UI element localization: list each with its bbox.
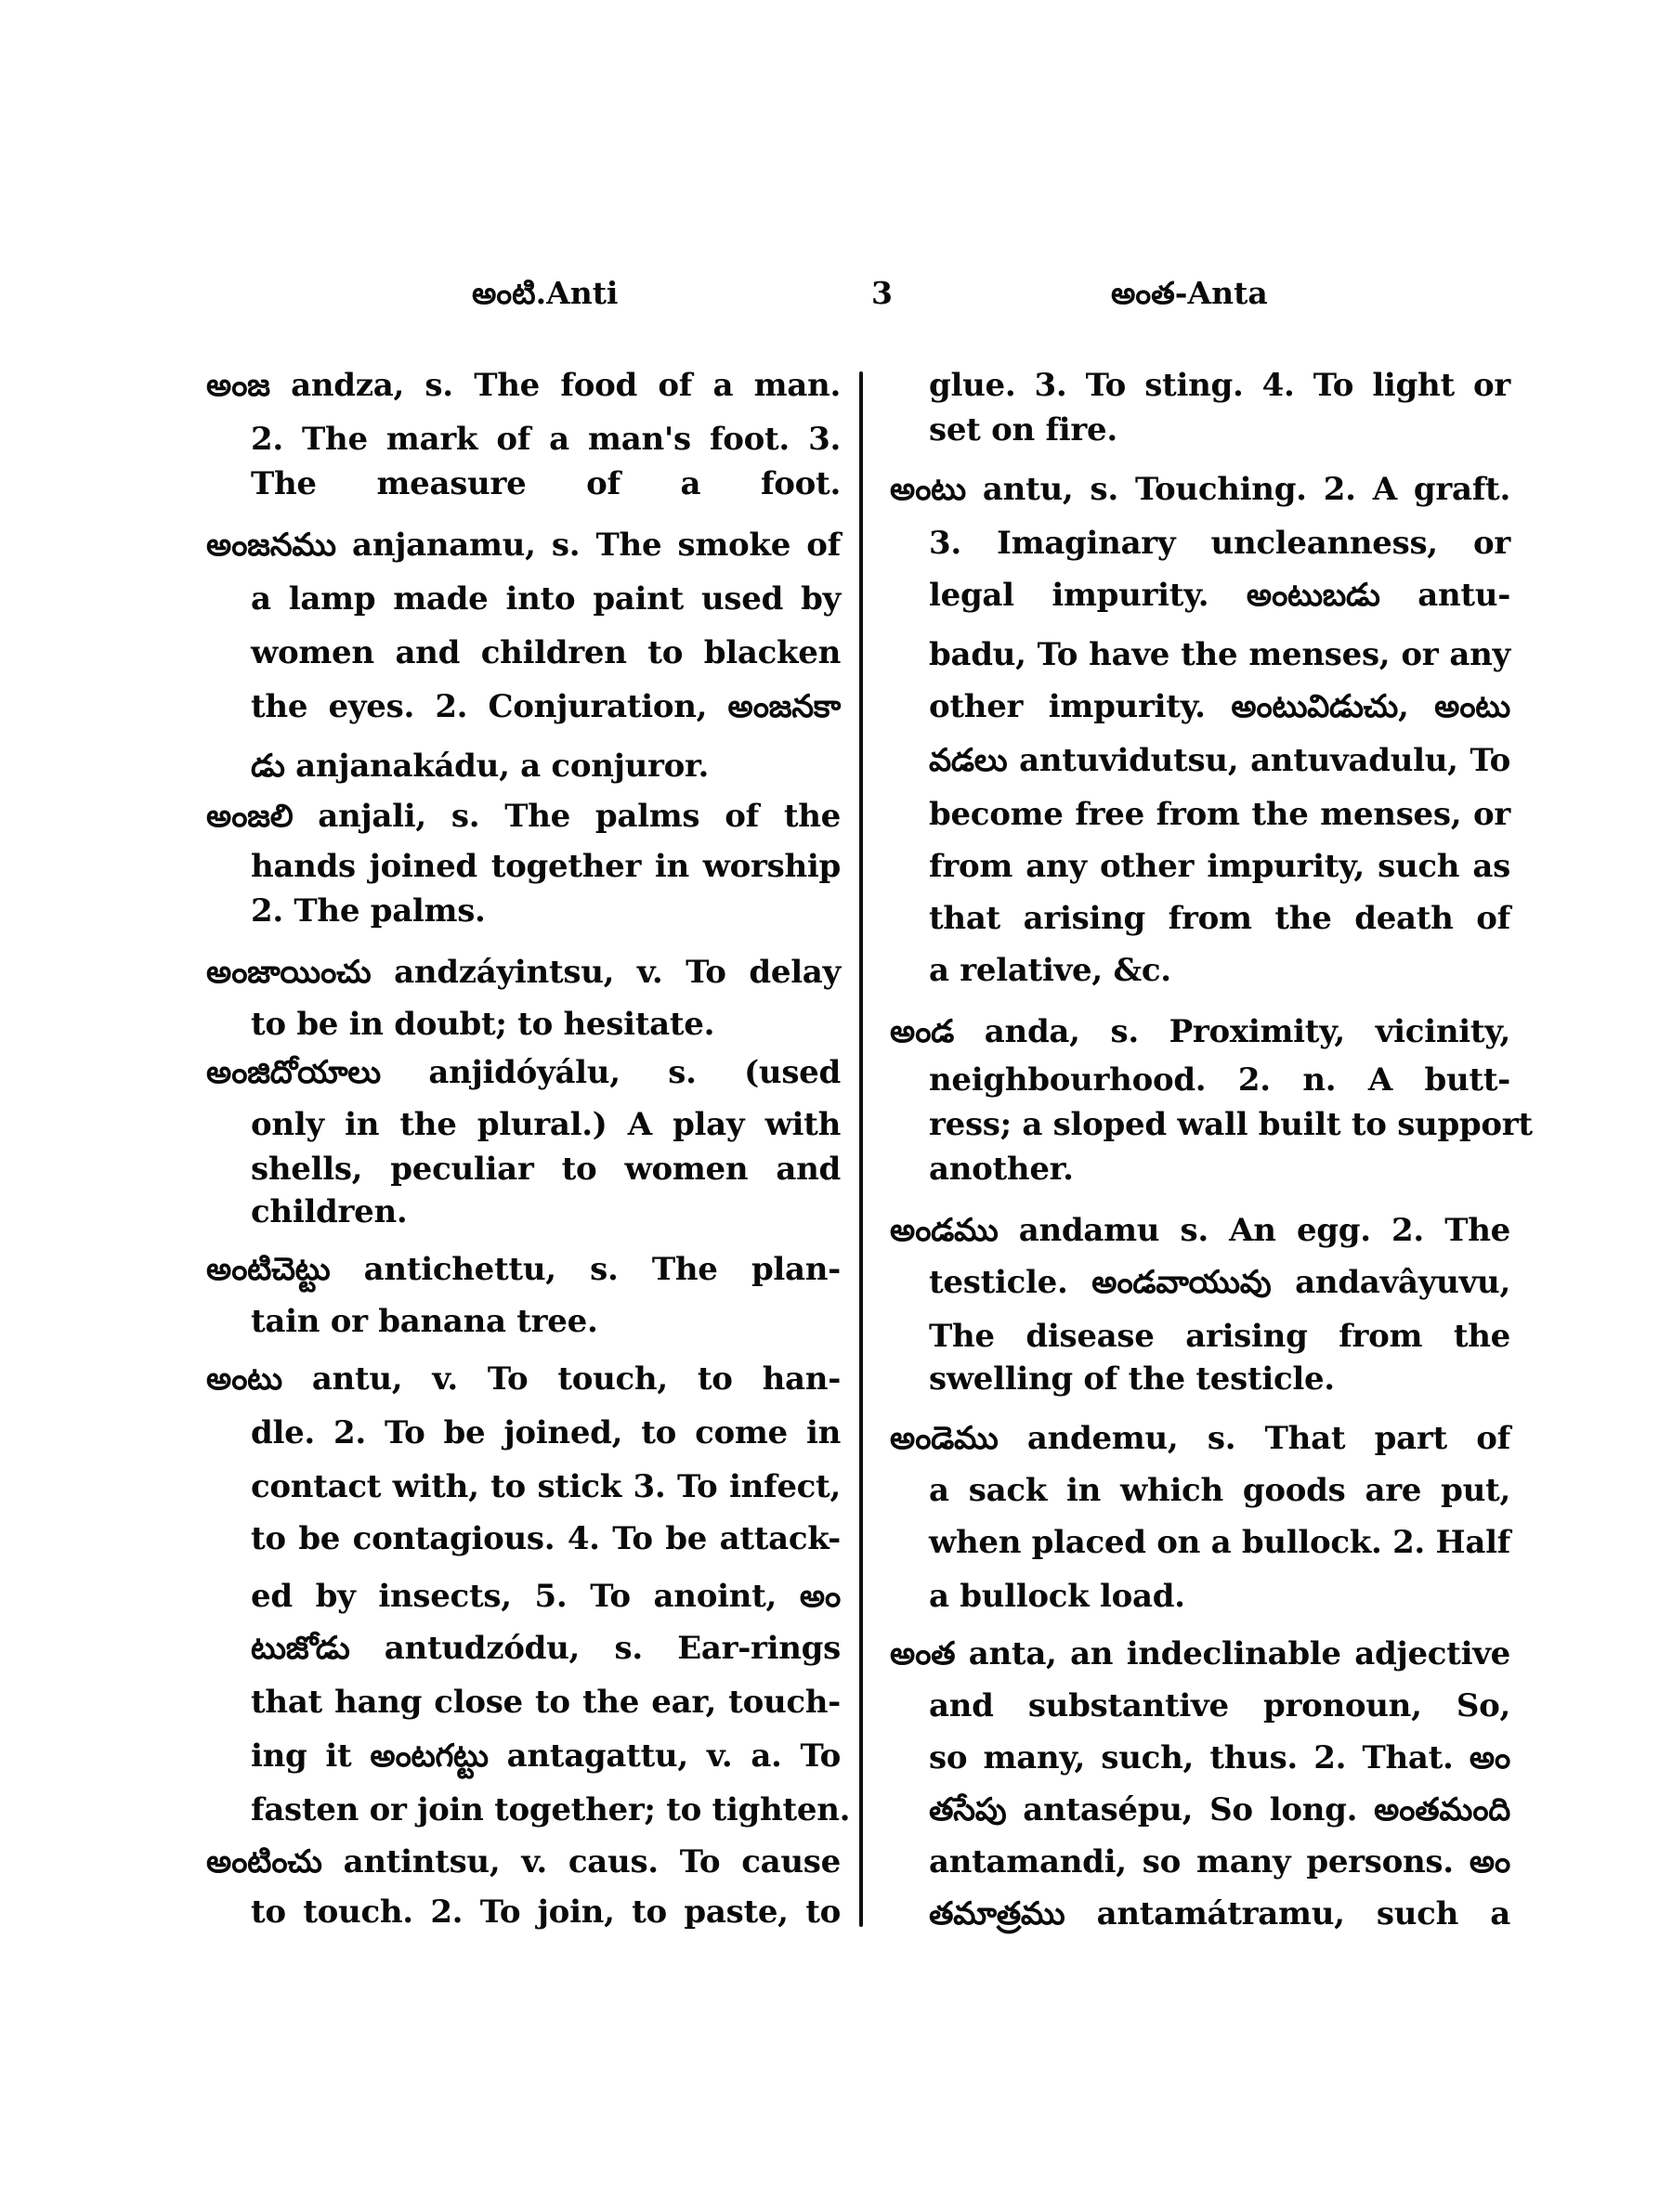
entry-text-line: టుజోడు antudzódu, s. Ear-rings (251, 1629, 841, 1668)
entry-headword-line: అండ anda, s. Proximity, vicinity, (890, 1012, 1510, 1051)
entry-text-line: other impurity. అంటువిడుచు, అంటు (929, 687, 1510, 726)
entry-text-line: a sack in which goods are put, (929, 1471, 1510, 1510)
entry-text-line: వడలు antuvidutsu, antuvadulu, To (929, 741, 1510, 780)
entry-text-line: dle. 2. To be joined, to come in (251, 1413, 841, 1452)
column-divider (859, 371, 863, 1927)
entry-text-line: 2. The mark of a man's foot. 3. (251, 420, 841, 459)
entry-text-line: డు anjanakádu, a conjuror. (251, 747, 841, 786)
entry-text-line: testicle. అండవాయువు andavâyuvu, (929, 1263, 1510, 1302)
running-head-right: అంత-Anta (1111, 275, 1268, 312)
entry-headword-line: అంటు antu, v. To touch, to han- (206, 1360, 841, 1399)
entry-headword-line: అంజనము anjanamu, s. The smoke of (206, 526, 841, 565)
entry-text-line: set on fire. (929, 410, 1510, 449)
entry-text-line: to be in doubt; to hesitate. (251, 1005, 841, 1044)
entry-text-line: the eyes. 2. Conjuration, అంజనకా (251, 687, 841, 726)
entry-text-line: ress; a sloped wall built to support (929, 1105, 1510, 1144)
entry-text-line: fasten or join together; to tighten. (251, 1790, 841, 1829)
entry-headword-line: అండము andamu s. An egg. 2. The (890, 1211, 1510, 1250)
entry-text-line: shells, peculiar to women and (251, 1150, 841, 1189)
entry-text-line: that arising from the death of (929, 899, 1510, 938)
entry-text-line: tain or banana tree. (251, 1302, 841, 1341)
entry-headword-line: అండెము andemu, s. That part of (890, 1419, 1510, 1458)
entry-text-line: from any other impurity, such as (929, 847, 1510, 886)
entry-text-line: badu, To have the menses, or any (929, 635, 1510, 674)
entry-headword-line: అంజిదోయాలు anjidóyálu, s. (used (206, 1053, 841, 1092)
entry-text-line: so many, such, thus. 2. That. అం (929, 1738, 1510, 1777)
entry-headword-line: అంటు antu, s. Touching. 2. A graft. (890, 470, 1510, 509)
entry-text-line: to touch. 2. To join, to paste, to (251, 1893, 841, 1932)
entry-text-line: తసేపు antasépu, So long. అంతమంది (929, 1790, 1510, 1829)
dictionary-page: అంటి.Anti 3 అంత-Anta అంజ andza, s. The f… (0, 0, 1659, 2212)
entry-text-line: glue. 3. To sting. 4. To light or (929, 366, 1510, 405)
entry-text-line: become free from the menses, or (929, 795, 1510, 834)
entry-text-line: legal impurity. అంటుబడు antu- (929, 576, 1510, 615)
entry-text-line: The disease arising from the (929, 1317, 1510, 1356)
entry-headword-line: అంజలి anjali, s. The palms of the (206, 797, 841, 836)
entry-text-line: swelling of the testicle. (929, 1360, 1510, 1399)
entry-text-line: antamandi, so many persons. అం (929, 1842, 1510, 1881)
entry-headword-line: అంత anta, an indeclinable adjective (890, 1634, 1510, 1673)
entry-text-line: that hang close to the ear, touch- (251, 1683, 841, 1722)
entry-text-line: తమాత్రము antamátramu, such a (929, 1894, 1510, 1933)
entry-text-line: 3. Imaginary uncleanness, or (929, 524, 1510, 563)
entry-text-line: to be contagious. 4. To be attack- (251, 1519, 841, 1558)
entry-text-line: only in the plural.) A play with (251, 1105, 841, 1144)
entry-text-line: when placed on a bullock. 2. Half (929, 1523, 1510, 1562)
entry-text-line: a bullock load. (929, 1577, 1510, 1616)
entry-headword-line: అంజ andza, s. The food of a man. (206, 366, 841, 405)
entry-text-line: neighbourhood. 2. n. A butt- (929, 1060, 1510, 1099)
page-number: 3 (871, 275, 893, 312)
entry-text-line: 2. The palms. (251, 891, 841, 930)
entry-text-line: women and children to blacken (251, 633, 841, 672)
entry-text-line: ed by insects, 5. To anoint, అం (251, 1577, 841, 1616)
entry-text-line: The measure of a foot. (251, 464, 841, 503)
entry-text-line: contact with, to stick 3. To infect, (251, 1467, 841, 1506)
entry-text-line: children. (251, 1192, 841, 1231)
entry-text-line: ing it అంటగట్టు antagattu, v. a. To (251, 1737, 841, 1776)
entry-headword-line: అంటించు antintsu, v. caus. To cause (206, 1842, 841, 1881)
entry-headword-line: అంటిచెట్టు antichettu, s. The plan- (206, 1250, 841, 1289)
entry-text-line: a relative, &c. (929, 951, 1510, 990)
entry-text-line: another. (929, 1150, 1510, 1189)
running-head-left: అంటి.Anti (472, 275, 618, 312)
entry-text-line: hands joined together in worship (251, 847, 841, 886)
entry-text-line: a lamp made into paint used by (251, 579, 841, 618)
entry-text-line: and substantive pronoun, So, (929, 1686, 1510, 1725)
entry-headword-line: అంజాయించు andzáyintsu, v. To delay (206, 953, 841, 992)
